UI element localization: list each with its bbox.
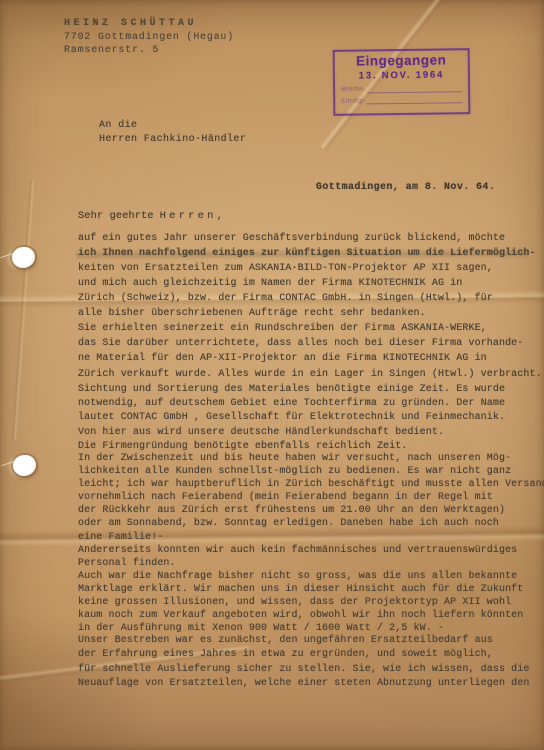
stamp-answered-label: Beantw. [341,86,364,93]
vertical-crease [11,180,35,440]
stamp-date: 13. NOV. 1964 [341,69,462,81]
punch-hole-top [12,247,35,268]
stamp-answered-row: Beantw. [341,85,462,93]
paragraph-1: auf ein gutes Jahr unserer Geschäftsverb… [78,231,540,321]
paragraph-4: In der Zwischenzeit und bis heute haben … [78,452,540,635]
paragraph-3: Sichtung und Sortierung des Materiales b… [78,383,540,454]
sender-street-line: Ramsenerstr. 5 [64,44,234,58]
letter-page: HEINZ SCHÜTTAU 7702 Gottmadingen (Hegau)… [0,0,544,750]
sender-block: HEINZ SCHÜTTAU 7702 Gottmadingen (Hegau)… [64,17,234,58]
typewriter-smear [76,248,528,260]
salutation: Sehr geehrteHerren, [78,210,226,222]
recipient-line-2: Herren Fachkino-Händler [99,133,246,147]
salutation-prefix: Sehr geehrte [78,210,154,222]
paragraph-2: Sie erhielten seinerzeit ein Rundschreib… [78,321,540,382]
stamp-title: Eingegangen [341,52,462,68]
stamp-done-label: Erledigt [341,98,363,105]
recipient-block: An die Herren Fachkino-Händler [99,119,246,147]
paragraph-5: Unser Bestreben war es zunächst, den ung… [78,634,540,692]
stamp-blank-line [367,91,462,93]
recipient-line-1: An die [99,119,246,133]
stamp-done-row: Erledigt [341,97,462,105]
sender-name: HEINZ SCHÜTTAU [64,17,234,31]
date-line: Gottmadingen, am 8. Nov. 64. [316,182,495,193]
salutation-addressee: Herren, [160,210,227,222]
sender-postal-line: 7702 Gottmadingen (Hegau) [64,31,234,45]
stamp-blank-line [366,102,462,104]
punch-hole-bottom [13,455,36,476]
received-stamp: Eingegangen 13. NOV. 1964 Beantw. Erledi… [333,48,471,116]
